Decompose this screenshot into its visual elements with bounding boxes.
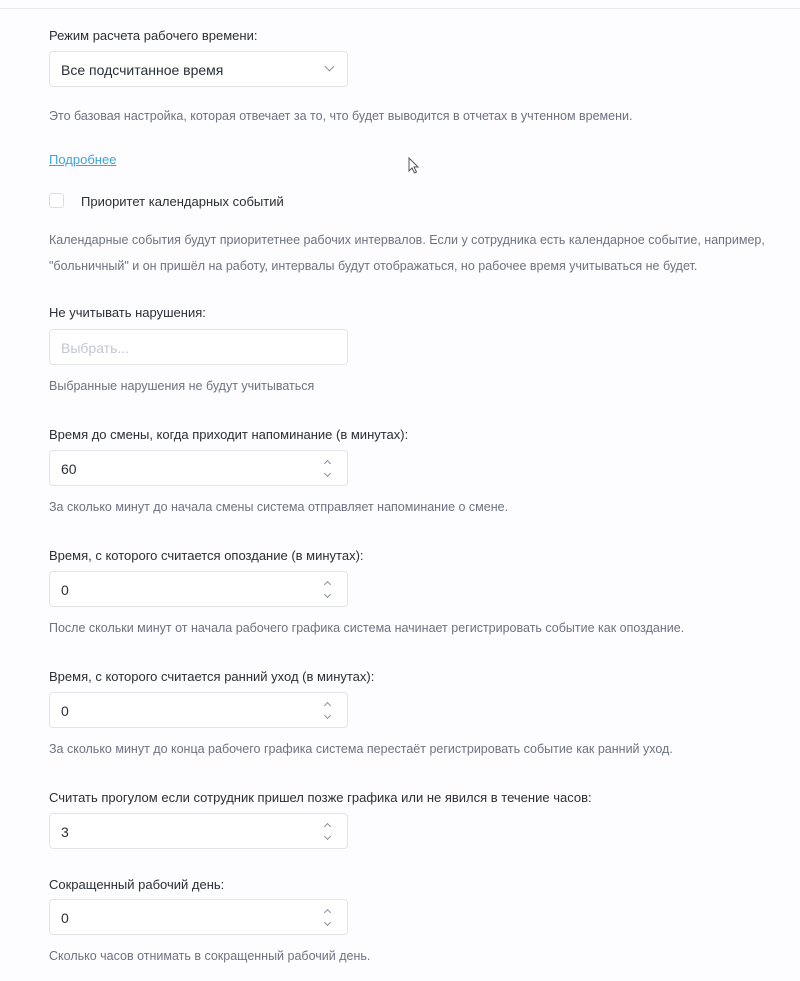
number-stepper[interactable] — [323, 579, 333, 601]
chevron-up-icon[interactable] — [324, 460, 331, 467]
chevron-down-icon[interactable] — [324, 591, 331, 598]
ignore-violations-help: Выбранные нарушения не будут учитываться — [49, 379, 314, 393]
short-day-label: Сокращенный рабочий день: — [49, 877, 224, 892]
number-stepper[interactable] — [323, 700, 333, 722]
calendar-priority-label: Приоритет календарных событий — [81, 194, 284, 209]
late-threshold-input[interactable]: 0 — [49, 571, 348, 607]
chevron-down-icon[interactable] — [324, 712, 331, 719]
top-divider — [0, 8, 800, 9]
short-day-input[interactable]: 0 — [49, 899, 348, 935]
work-time-mode-select[interactable]: Все подсчитанное время — [49, 51, 348, 87]
late-threshold-help: После скольки минут от начала рабочего г… — [49, 621, 684, 635]
work-time-mode-label: Режим расчета рабочего времени: — [49, 28, 257, 43]
chevron-down-icon — [325, 62, 335, 72]
calendar-priority-checkbox[interactable] — [49, 193, 64, 208]
number-stepper[interactable] — [323, 458, 333, 480]
short-day-help: Сколько часов отнимать в сокращенный раб… — [49, 949, 370, 963]
early-leave-help: За сколько минут до конца рабочего графи… — [49, 742, 673, 756]
number-stepper[interactable] — [323, 821, 333, 843]
early-leave-label: Время, с которого считается ранний уход … — [49, 669, 374, 684]
chevron-up-icon[interactable] — [324, 581, 331, 588]
absence-input[interactable]: 3 — [49, 813, 348, 849]
late-threshold-label: Время, с которого считается опоздание (в… — [49, 548, 364, 563]
late-threshold-value: 0 — [61, 582, 69, 598]
ignore-violations-select[interactable]: Выбрать... — [49, 329, 348, 365]
shift-reminder-input[interactable]: 60 — [49, 450, 348, 486]
more-info-link[interactable]: Подробнее — [49, 152, 116, 167]
shift-reminder-label: Время до смены, когда приходит напоминан… — [49, 427, 408, 442]
chevron-up-icon[interactable] — [324, 702, 331, 709]
ignore-violations-placeholder: Выбрать... — [61, 340, 129, 356]
chevron-up-icon[interactable] — [324, 823, 331, 830]
work-time-mode-help: Это базовая настройка, которая отвечает … — [49, 109, 632, 123]
shift-reminder-value: 60 — [61, 461, 77, 477]
calendar-priority-help-2: "больничный" и он пришёл на работу, инте… — [49, 259, 697, 273]
early-leave-input[interactable]: 0 — [49, 692, 348, 728]
mouse-cursor-icon — [408, 157, 420, 175]
chevron-down-icon[interactable] — [324, 919, 331, 926]
calendar-priority-help-1: Календарные события будут приоритетнее р… — [49, 233, 765, 247]
chevron-down-icon[interactable] — [324, 470, 331, 477]
work-time-mode-value: Все подсчитанное время — [61, 62, 223, 78]
chevron-up-icon[interactable] — [324, 909, 331, 916]
chevron-down-icon[interactable] — [324, 833, 331, 840]
absence-value: 3 — [61, 824, 69, 840]
ignore-violations-label: Не учитывать нарушения: — [49, 305, 206, 320]
number-stepper[interactable] — [323, 907, 333, 929]
early-leave-value: 0 — [61, 703, 69, 719]
shift-reminder-help: За сколько минут до начала смены система… — [49, 500, 508, 514]
short-day-value: 0 — [61, 910, 69, 926]
absence-label: Считать прогулом если сотрудник пришел п… — [49, 790, 592, 805]
